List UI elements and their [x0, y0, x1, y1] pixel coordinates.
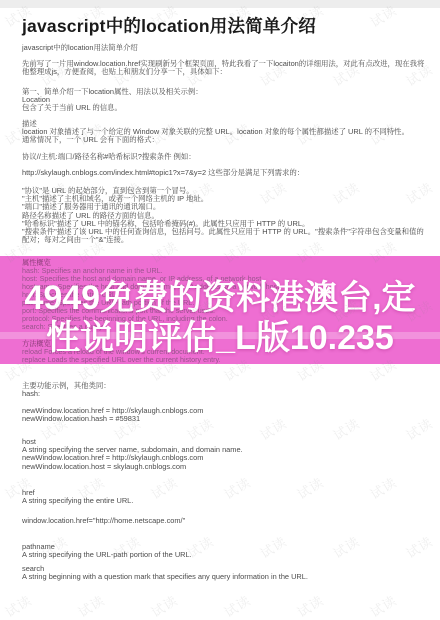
overlay-banner: 4949免费的资料港澳台,定 性说明评估_L版10.235	[0, 278, 440, 358]
code-line: window.location.href="http://home.netsca…	[22, 517, 428, 525]
example-hash-label: hash:	[22, 390, 428, 398]
section-1-line: 包含了关于当前 URL 的信息。	[22, 104, 428, 112]
overlay-banner-line: 性说明评估_L版10.235	[0, 318, 440, 358]
examples-heading: 主要功能示例，其他类同：	[22, 382, 428, 390]
watermark-text: 试读	[1, 590, 35, 620]
example-pathname-section: pathname A string specifying the URL-pat…	[22, 543, 428, 559]
url-parts-list: "协议"是 URL 的起始部分，直到包含到第一个冒号。 "主机"描述了主机和域名…	[22, 187, 428, 244]
watermark-text: 试读	[293, 590, 327, 620]
watermark-text: 试读	[147, 590, 181, 620]
examples-heading-block: 主要功能示例，其他类同： hash:	[22, 382, 428, 398]
example-href-desc: A string specifying the entire URL.	[22, 497, 428, 505]
example-url-line: http://skylaugh.cnblogs.com/index.html#t…	[22, 169, 428, 177]
section-1: 第一、简单介绍一下location属性、用法以及相关示例： Location 包…	[22, 88, 428, 113]
url-format-line: 协议//主机:端口/路径名称#哈希标识?搜索条件 例如：	[22, 153, 428, 161]
watermark-text: 试读	[74, 590, 108, 620]
overlay-banner-line: 4949免费的资料港澳台,定	[0, 278, 440, 318]
promo-overlay-band: 属性概览 hash: Specifies an anchor name in t…	[0, 256, 440, 364]
section-1-heading: 第一、简单介绍一下location属性、用法以及相关示例：	[22, 88, 428, 96]
example-pathname-desc: A string specifying the URL-path portion…	[22, 551, 428, 559]
example-href-section: href A string specifying the entire URL.	[22, 489, 428, 505]
intro-paragraph: 先前写了一片用window.location.href实现刷新另个框架页面，特此…	[22, 60, 428, 76]
code-line: newWindow.location.hash = #59831	[22, 415, 428, 423]
description-section: 描述 location 对象描述了与一个给定的 Window 对象关联的完整 U…	[22, 120, 434, 145]
watermark-text: 试读	[366, 590, 400, 620]
example-search-section: search A string beginning with a questio…	[22, 565, 428, 581]
page-top-strip	[0, 0, 440, 8]
example-host-section: host A string specifying the server name…	[22, 438, 428, 471]
example-hash-code: newWindow.location.href = http://skylaug…	[22, 407, 428, 423]
example-href-code: window.location.href="http://home.netsca…	[22, 517, 428, 525]
article-subtitle: javascript中的location用法简单介绍	[22, 44, 428, 52]
example-search-desc: A string beginning with a question mark …	[22, 573, 428, 581]
watermark-text: 试读	[220, 590, 254, 620]
page-title: javascript中的location用法简单介绍	[22, 13, 428, 38]
description-line: 通常情况下，一个 URL 会有下面的格式：	[22, 136, 434, 144]
url-part-line: "搜索条件"描述了该 URL 中的任何查询信息，包括问号。此属性只应用于 HTT…	[22, 228, 428, 244]
code-line: newWindow.location.host = skylaugh.cnblo…	[22, 463, 428, 471]
